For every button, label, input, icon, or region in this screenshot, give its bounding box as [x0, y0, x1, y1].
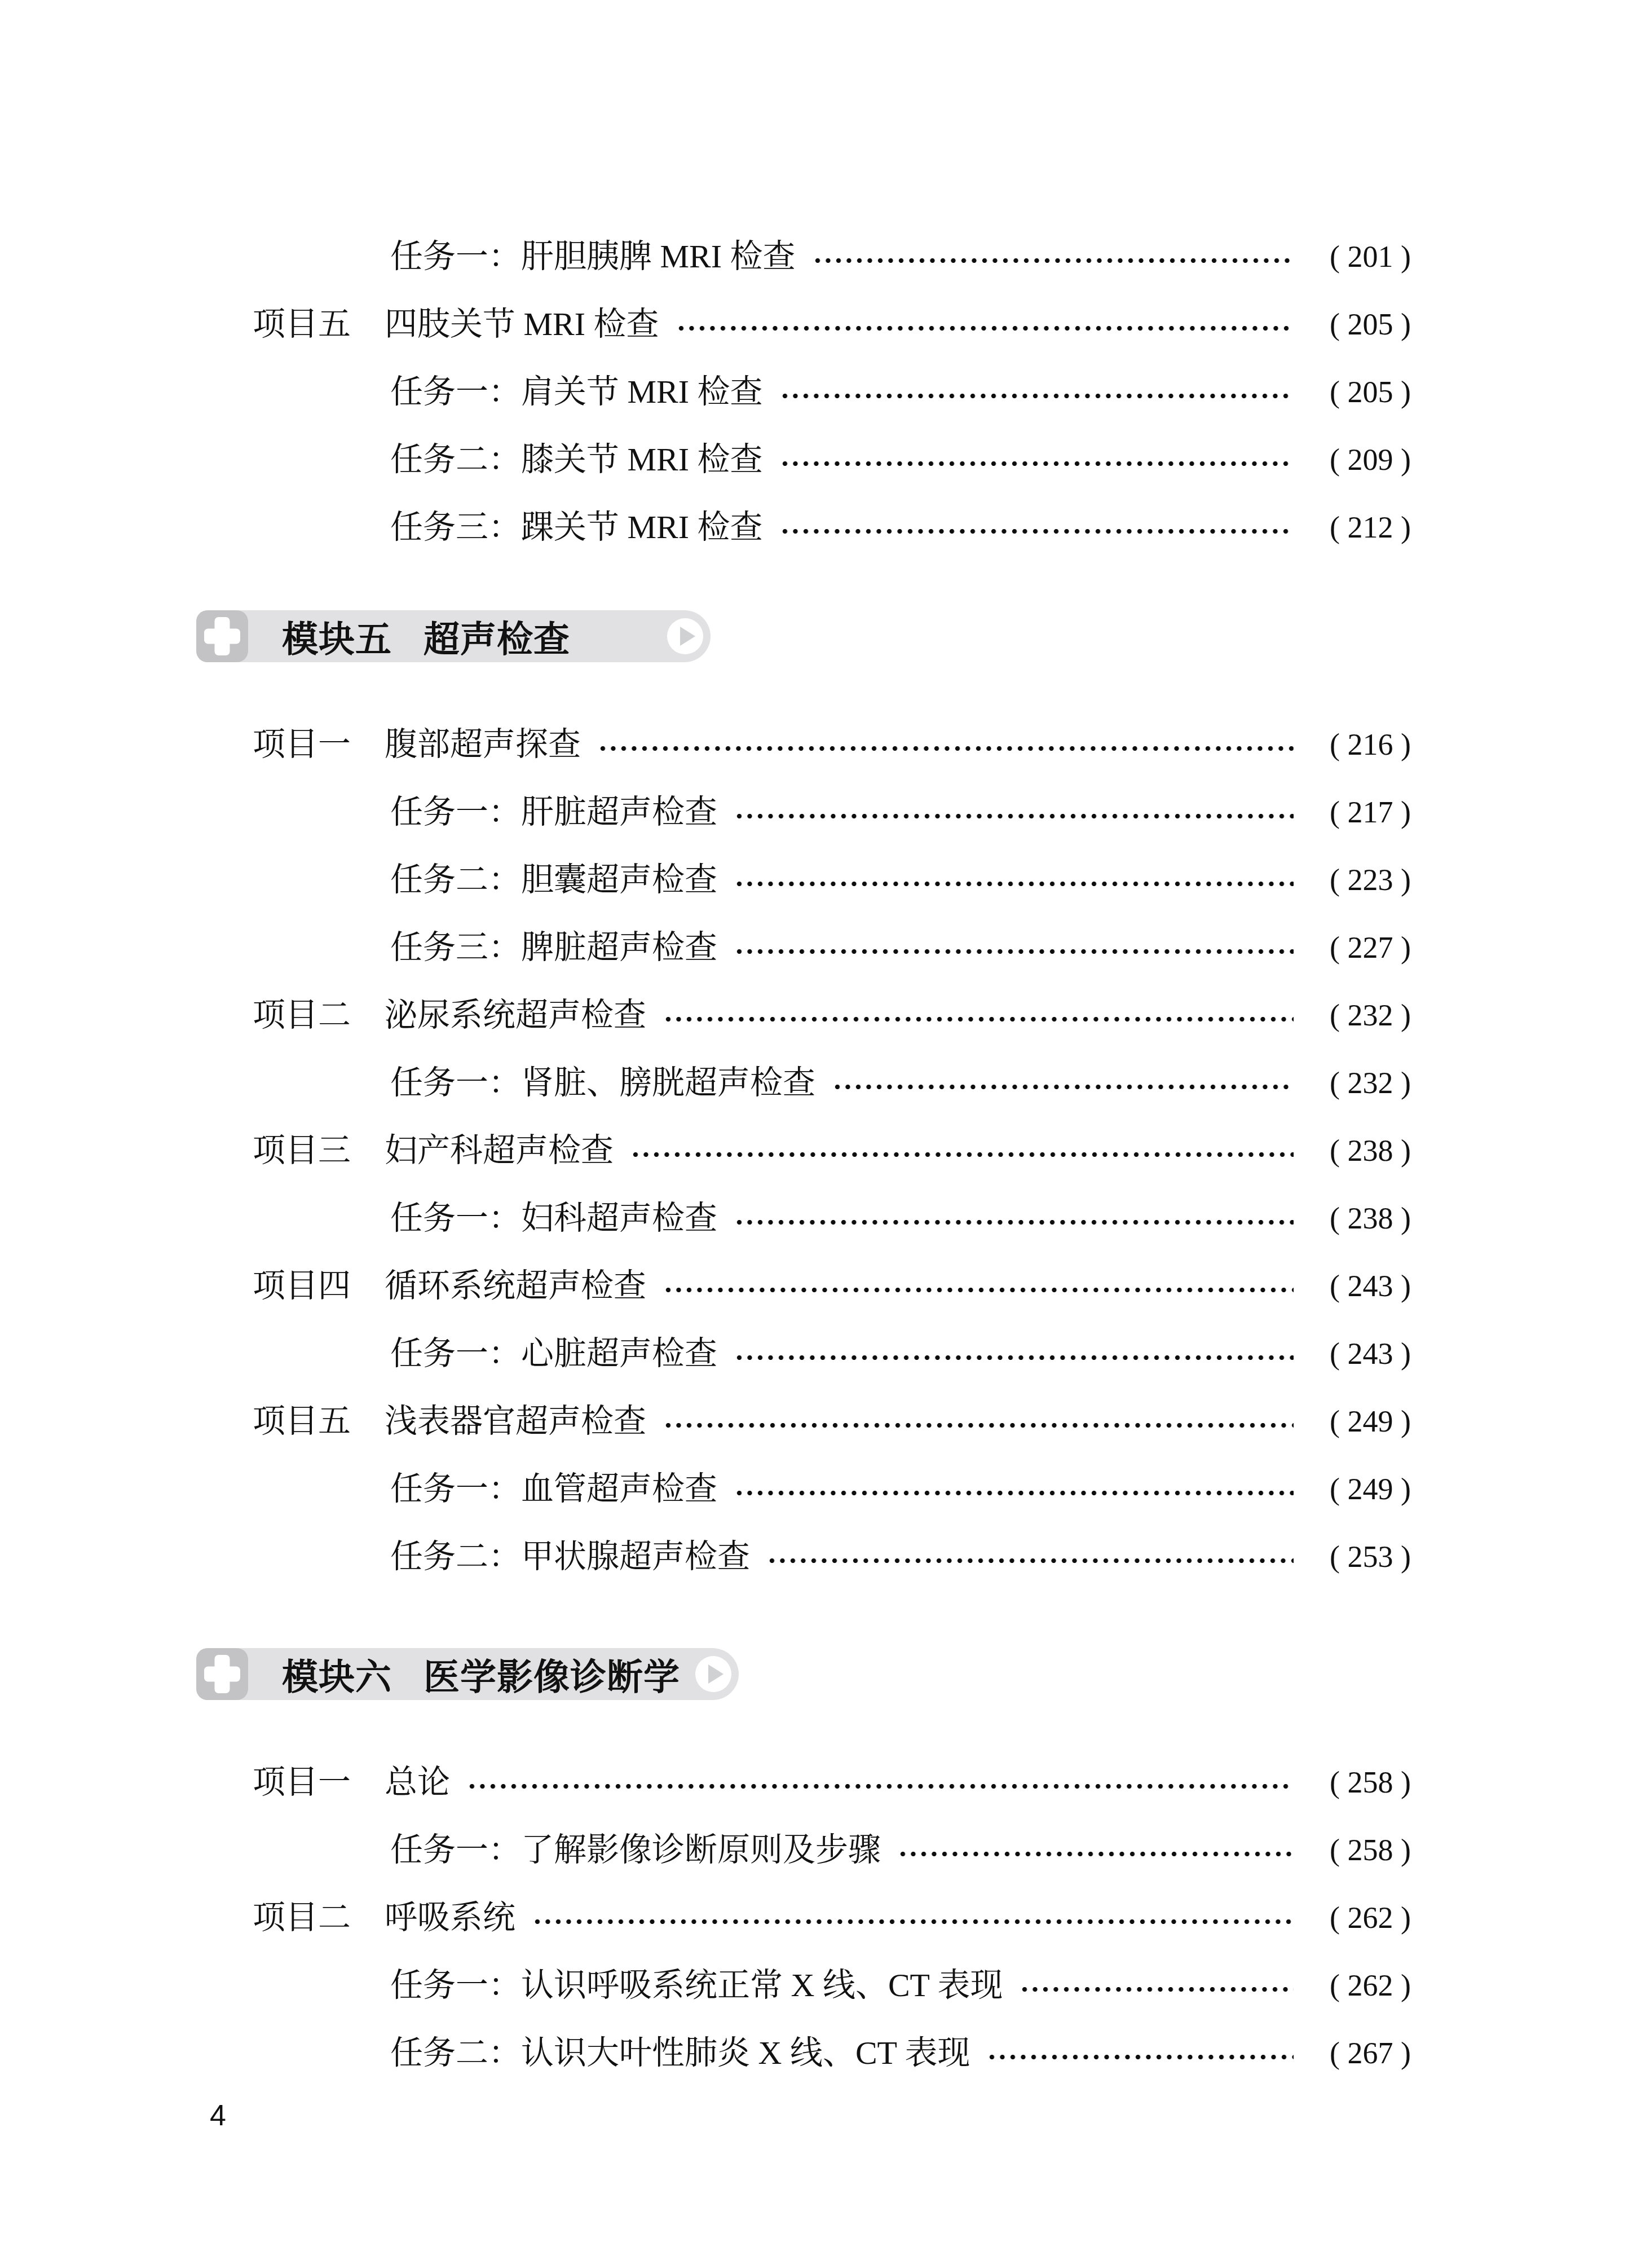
entry-title: 任务三：踝关节 MRI 检查 — [390, 511, 763, 544]
dot-leader — [734, 1487, 1294, 1499]
dot-leader — [467, 1780, 1294, 1793]
dot-leader — [767, 1554, 1294, 1567]
entry-page-number: ( 262 ) — [1308, 1903, 1411, 1933]
entry-page-number: ( 243 ) — [1308, 1271, 1411, 1301]
entry-title: 任务一：了解影像诊断原则及步骤 — [390, 1834, 881, 1866]
entry-title: 总论 — [385, 1766, 450, 1799]
entry-title: 任务一：肝脏超声检查 — [390, 796, 717, 829]
entry-page-number: ( 217 ) — [1308, 797, 1411, 827]
dot-leader — [1020, 1983, 1294, 1996]
module-subject: 医学影像诊断学 — [423, 1648, 680, 1700]
entry-page-number: ( 253 ) — [1308, 1542, 1411, 1572]
toc-entry-project: 项目三妇产科超声检查( 238 ) — [0, 1117, 1628, 1184]
medical-cross-icon — [204, 617, 240, 655]
toc-entry-task: 任务一：肾脏、膀胱超声检查( 232 ) — [0, 1049, 1628, 1117]
dot-leader — [663, 1419, 1294, 1432]
entry-page-number: ( 227 ) — [1308, 932, 1411, 963]
play-icon — [680, 627, 695, 646]
toc-entry-project: 项目二呼吸系统( 262 ) — [0, 1884, 1628, 1952]
toc-entry-project: 项目五四肢关节 MRI 检查( 205 ) — [0, 290, 1628, 358]
module-label: 模块六 — [282, 1648, 392, 1700]
entry-title: 任务一：肝胆胰脾 MRI 检查 — [390, 240, 796, 273]
play-icon — [708, 1664, 723, 1684]
entry-title: 任务三：脾脏超声检查 — [390, 931, 717, 964]
toc-entry-project: 项目二泌尿系统超声检查( 232 ) — [0, 981, 1628, 1049]
toc-entry-project: 项目一总论( 258 ) — [0, 1749, 1628, 1816]
entry-prefix: 项目二 — [253, 999, 351, 1032]
toc-entry-task: 任务一：认识呼吸系统正常 X 线、CT 表现( 262 ) — [0, 1952, 1628, 2019]
dot-leader — [734, 1351, 1294, 1364]
entry-title: 任务二：认识大叶性肺炎 X 线、CT 表现 — [390, 2037, 970, 2069]
entry-prefix: 项目一 — [253, 728, 351, 761]
module-title: 模块五超声检查 — [282, 610, 570, 662]
entry-prefix: 项目一 — [253, 1766, 351, 1799]
entry-page-number: ( 232 ) — [1308, 1000, 1411, 1030]
medical-cross-badge — [196, 1648, 248, 1700]
play-button-circle — [667, 618, 703, 654]
toc-entry-task: 任务三：踝关节 MRI 检查( 212 ) — [0, 494, 1628, 561]
entry-title: 任务一：认识呼吸系统正常 X 线、CT 表现 — [390, 1969, 1003, 2002]
entry-page-number: ( 238 ) — [1308, 1135, 1411, 1166]
dot-leader — [598, 742, 1294, 755]
dot-leader — [780, 457, 1294, 470]
entry-title: 呼吸系统 — [385, 1901, 515, 1934]
toc-entry-task: 任务一：心脏超声检查( 243 ) — [0, 1320, 1628, 1388]
dot-leader — [532, 1915, 1294, 1928]
module-label: 模块五 — [282, 610, 392, 662]
dot-leader — [676, 322, 1294, 334]
entry-page-number: ( 205 ) — [1308, 309, 1411, 340]
toc-entry-task: 任务一：肩关节 MRI 检查( 205 ) — [0, 358, 1628, 426]
module-title: 模块六医学影像诊断学 — [282, 1648, 680, 1700]
dot-leader — [734, 878, 1294, 890]
entry-prefix: 项目五 — [253, 308, 351, 341]
toc-entry-task: 任务二：认识大叶性肺炎 X 线、CT 表现( 267 ) — [0, 2019, 1628, 2087]
page-number: 4 — [210, 2099, 226, 2133]
dot-leader — [832, 1081, 1294, 1093]
entry-page-number: ( 212 ) — [1308, 512, 1411, 543]
entry-prefix: 项目五 — [253, 1405, 351, 1438]
entry-title: 任务一：肾脏、膀胱超声检查 — [390, 1067, 815, 1099]
medical-cross-badge — [196, 610, 248, 662]
entry-title: 循环系统超声检查 — [385, 1270, 646, 1302]
entry-page-number: ( 216 ) — [1308, 729, 1411, 760]
toc-rows-block: 项目一总论( 258 )任务一：了解影像诊断原则及步骤( 258 )项目二呼吸系… — [0, 1749, 1628, 2087]
toc-entry-task: 任务二：胆囊超声检查( 223 ) — [0, 846, 1628, 914]
entry-prefix: 项目三 — [253, 1134, 351, 1167]
toc-entry-task: 任务一：肝胆胰脾 MRI 检查( 201 ) — [0, 223, 1628, 290]
toc-rows-block: 任务一：肝胆胰脾 MRI 检查( 201 )项目五四肢关节 MRI 检查( 20… — [0, 223, 1628, 561]
module-header-bar: 模块五超声检查 — [196, 610, 711, 662]
entry-page-number: ( 201 ) — [1308, 241, 1411, 272]
toc-rows-block: 项目一腹部超声探查( 216 )任务一：肝脏超声检查( 217 )任务二：胆囊超… — [0, 711, 1628, 1591]
toc-entry-project: 项目五浅表器官超声检查( 249 ) — [0, 1388, 1628, 1455]
toc-entry-project: 项目四循环系统超声检查( 243 ) — [0, 1252, 1628, 1320]
entry-page-number: ( 205 ) — [1308, 377, 1411, 407]
entry-title: 任务二：胆囊超声检查 — [390, 864, 717, 896]
toc-entry-task: 任务二：膝关节 MRI 检查( 209 ) — [0, 426, 1628, 494]
entry-title: 腹部超声探查 — [385, 728, 581, 761]
toc-entry-task: 任务二：甲状腺超声检查( 253 ) — [0, 1523, 1628, 1591]
module-subject: 超声检查 — [423, 610, 570, 662]
dot-leader — [813, 254, 1294, 267]
dot-leader — [780, 390, 1294, 402]
entry-page-number: ( 258 ) — [1308, 1835, 1411, 1865]
entry-title: 四肢关节 MRI 检查 — [385, 308, 659, 341]
entry-page-number: ( 249 ) — [1308, 1406, 1411, 1437]
dot-leader — [898, 1848, 1294, 1860]
medical-cross-icon — [204, 1655, 240, 1693]
entry-prefix: 项目四 — [253, 1270, 351, 1302]
dot-leader — [663, 1013, 1294, 1025]
module-header-bar: 模块六医学影像诊断学 — [196, 1648, 739, 1700]
toc-entry-task: 任务一：妇科超声检查( 238 ) — [0, 1184, 1628, 1252]
dot-leader — [734, 810, 1294, 822]
page-footer: 4 — [0, 2096, 1628, 2135]
entry-title: 任务二：甲状腺超声检查 — [390, 1540, 750, 1573]
dot-leader — [987, 2051, 1294, 2063]
entry-title: 浅表器官超声检查 — [385, 1405, 646, 1438]
dot-leader — [734, 1216, 1294, 1228]
toc-entry-project: 项目一腹部超声探查( 216 ) — [0, 711, 1628, 778]
entry-page-number: ( 238 ) — [1308, 1203, 1411, 1234]
entry-title: 任务一：血管超声检查 — [390, 1473, 717, 1505]
entry-page-number: ( 243 ) — [1308, 1338, 1411, 1369]
entry-page-number: ( 258 ) — [1308, 1767, 1411, 1798]
entry-title: 泌尿系统超声检查 — [385, 999, 646, 1032]
toc-entry-task: 任务一：肝脏超声检查( 217 ) — [0, 778, 1628, 846]
entry-title: 任务一：肩关节 MRI 检查 — [390, 376, 763, 408]
dot-leader — [780, 525, 1294, 538]
play-button-circle — [695, 1656, 731, 1692]
dot-leader — [630, 1148, 1294, 1161]
entry-title: 任务一：妇科超声检查 — [390, 1202, 717, 1235]
entry-title: 妇产科超声检查 — [385, 1134, 614, 1167]
entry-page-number: ( 232 ) — [1308, 1068, 1411, 1098]
entry-page-number: ( 209 ) — [1308, 444, 1411, 475]
toc-entry-task: 任务一：了解影像诊断原则及步骤( 258 ) — [0, 1816, 1628, 1884]
dot-leader — [734, 945, 1294, 958]
dot-leader — [663, 1284, 1294, 1296]
toc-document-page: 任务一：肝胆胰脾 MRI 检查( 201 )项目五四肢关节 MRI 检查( 20… — [0, 0, 1628, 2268]
entry-page-number: ( 262 ) — [1308, 1970, 1411, 2001]
toc-content: 任务一：肝胆胰脾 MRI 检查( 201 )项目五四肢关节 MRI 检查( 20… — [0, 223, 1628, 2087]
entry-page-number: ( 249 ) — [1308, 1474, 1411, 1504]
entry-page-number: ( 267 ) — [1308, 2038, 1411, 2068]
toc-entry-task: 任务一：血管超声检查( 249 ) — [0, 1455, 1628, 1523]
entry-title: 任务二：膝关节 MRI 检查 — [390, 443, 763, 476]
entry-title: 任务一：心脏超声检查 — [390, 1337, 717, 1370]
entry-page-number: ( 223 ) — [1308, 865, 1411, 895]
entry-prefix: 项目二 — [253, 1901, 351, 1934]
toc-entry-task: 任务三：脾脏超声检查( 227 ) — [0, 914, 1628, 981]
